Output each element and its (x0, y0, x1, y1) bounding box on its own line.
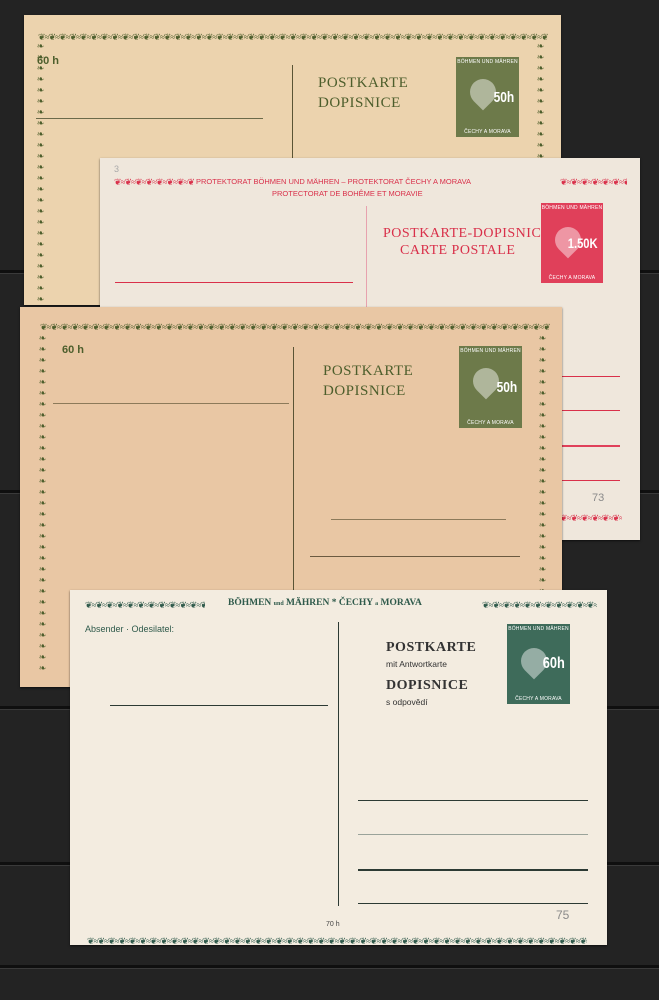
address-line (562, 480, 620, 481)
imprinted-stamp: BÖHMEN UND MÄHREN 50h ČECHY A MORAVA (459, 346, 522, 428)
header-star: * (332, 598, 337, 608)
ornament-footer: ❦≈❦≈❦≈❦≈❦≈❦≈❦≈❦≈❦≈❦≈❦≈❦≈❦≈❦≈❦≈❦≈❦≈❦≈❦≈❦≈… (560, 514, 622, 523)
postcard-4: ❦≈❦≈❦≈❦≈❦≈❦≈❦≈❦≈❦≈❦≈❦≈❦≈❦≈❦≈❦≈❦≈❦≈❦≈❦≈❦≈… (70, 590, 607, 945)
address-line (562, 376, 620, 377)
stamp-top-text: BÖHMEN UND MÄHREN (508, 626, 569, 632)
header-word: ČECHY (339, 598, 373, 608)
ornament-border-top: ❦≈❦≈❦≈❦≈❦≈❦≈❦≈❦≈❦≈❦≈❦≈❦≈❦≈❦≈❦≈❦≈❦≈❦≈❦≈❦≈… (40, 323, 550, 332)
stamp-bottom-text: ČECHY A MORAVA (464, 129, 511, 135)
header-line-2: PROTECTORAT DE BOHÊME ET MORAVIE (272, 189, 423, 198)
stamp-value: 1.50K (567, 235, 597, 251)
address-line (310, 556, 520, 557)
address-line (110, 705, 328, 706)
imprinted-stamp: BÖHMEN UND MÄHREN 60h ČECHY A MORAVA (507, 624, 570, 704)
card-title: POSTKARTE (318, 75, 408, 92)
stamp-value: 50h (494, 89, 515, 106)
stamp-top-text: BÖHMEN UND MÄHREN (542, 205, 603, 211)
card-title: POSTKARTE (386, 640, 476, 656)
address-line (562, 445, 620, 447)
address-line (331, 519, 506, 520)
ornament-border-top: ❦≈❦≈❦≈❦≈❦≈❦≈❦≈❦≈❦≈❦≈❦≈❦≈❦≈❦≈❦≈❦≈❦≈❦≈❦≈❦≈… (38, 33, 548, 42)
price-label: 60 h (37, 55, 59, 67)
stamp-bottom-text: ČECHY A MORAVA (515, 696, 562, 702)
header-small: a (375, 601, 378, 607)
card-title: DOPISNICE (323, 383, 406, 400)
ornament-footer: ❦≈❦≈❦≈❦≈❦≈❦≈❦≈❦≈❦≈❦≈❦≈❦≈❦≈❦≈❦≈❦≈❦≈❦≈❦≈❦≈… (87, 937, 587, 946)
header-word: MORAVA (381, 598, 422, 608)
address-line (53, 403, 289, 404)
header-word: MÄHREN (286, 598, 329, 608)
address-line (36, 118, 263, 119)
card-title: CARTE POSTALE (400, 243, 515, 259)
card-title: POSTKARTE (323, 363, 413, 380)
address-line (358, 903, 588, 904)
address-line (562, 410, 620, 411)
stamp-top-text: BÖHMEN UND MÄHREN (460, 348, 521, 354)
card-title: DOPISNICE (386, 678, 468, 694)
header-small: und (274, 601, 284, 607)
imprinted-stamp: BÖHMEN UND MÄHREN 50h ČECHY A MORAVA (456, 57, 519, 137)
header-word: BÖHMEN (228, 598, 271, 608)
ornament-header-right: ❦≈❦≈❦≈❦≈❦≈❦≈❦≈❦≈❦≈❦≈❦≈❦≈❦≈❦≈❦≈❦≈❦≈❦≈❦≈❦≈… (560, 178, 627, 187)
corner-mark: 3 (114, 164, 119, 174)
header-title: BÖHMEN und MÄHREN * ČECHY a MORAVA (228, 598, 422, 608)
ornament-border-left: ❧❧❧❧❧❧❧❧❧❧❧❧❧❧❧❧❧❧❧❧❧❧❧❧❧❧❧❧❧❧❧❧❧❧❧❧❧❧❧❧ (36, 41, 45, 305)
price-label: 60 h (62, 344, 84, 356)
header-line-1: PROTEKTORAT BÖHMEN UND MÄHREN – PROTEKTO… (196, 177, 471, 186)
pencil-note: 73 (592, 492, 604, 504)
price-label: 70 h (326, 921, 340, 928)
divider-line (338, 622, 339, 906)
sender-label: Absender · Odesilatel: (85, 624, 174, 634)
address-line (358, 800, 588, 801)
stamp-value: 50h (497, 379, 518, 396)
card-subtitle: s odpovědí (386, 697, 428, 707)
pencil-note: 75 (556, 908, 569, 922)
stamp-top-text: BÖHMEN UND MÄHREN (457, 59, 518, 65)
ornament-border-left: ❧❧❧❧❧❧❧❧❧❧❧❧❧❧❧❧❧❧❧❧❧❧❧❧❧❧❧❧❧❧❧❧❧❧❧❧❧❧❧❧ (38, 333, 47, 673)
address-line (115, 282, 353, 283)
stock-strip (0, 965, 659, 969)
ornament-header-left: ❦≈❦≈❦≈❦≈❦≈❦≈❦≈❦≈❦≈❦≈❦≈❦≈❦≈❦≈❦≈❦≈❦≈❦≈❦≈❦≈… (114, 178, 194, 187)
card-title: POSTKARTE-DOPISNICE (383, 226, 550, 242)
card-subtitle: mit Antwortkarte (386, 659, 447, 669)
ornament-border-right: ❧❧❧❧❧❧❧❧❧❧❧❧❧❧❧❧❧❧❧❧❧❧❧❧❧❧❧❧❧❧❧❧❧❧❧❧❧❧❧❧ (536, 41, 545, 161)
ornament-header-right: ❦≈❦≈❦≈❦≈❦≈❦≈❦≈❦≈❦≈❦≈❦≈❦≈❦≈❦≈❦≈❦≈❦≈❦≈❦≈❦≈… (482, 601, 597, 610)
address-line (358, 834, 588, 835)
ornament-header-left: ❦≈❦≈❦≈❦≈❦≈❦≈❦≈❦≈❦≈❦≈❦≈❦≈❦≈❦≈❦≈❦≈❦≈❦≈❦≈❦≈… (85, 601, 205, 610)
stamp-bottom-text: ČECHY A MORAVA (467, 420, 514, 426)
stamp-bottom-text: ČECHY A MORAVA (549, 275, 596, 281)
stamp-value: 60h (543, 655, 565, 673)
imprinted-stamp: BÖHMEN UND MÄHREN 1.50K ČECHY A MORAVA (541, 203, 603, 283)
card-title: DOPISNICE (318, 95, 401, 112)
address-line (358, 869, 588, 871)
